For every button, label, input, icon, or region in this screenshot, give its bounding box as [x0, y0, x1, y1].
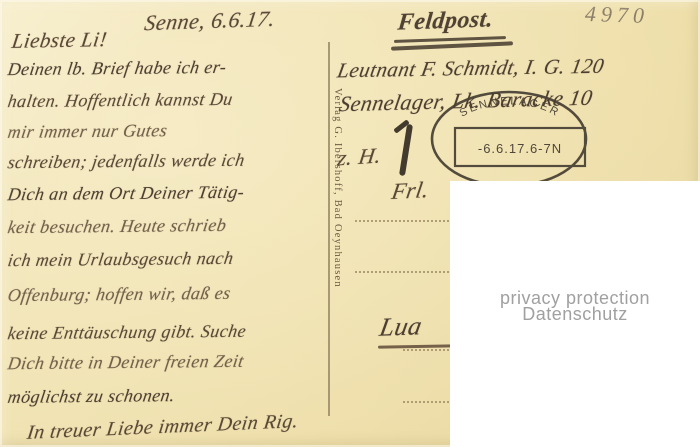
pencil-mark-stroke — [399, 124, 413, 176]
message-line: Offenburg; hoffen wir, daß es — [6, 283, 232, 306]
message-line: Deinen lb. Brief habe ich er- — [6, 57, 228, 80]
message-line: ich mein Urlaubsgesuch nach — [6, 248, 235, 271]
publisher-imprint: Verlag G. Ibershoff, Bad Oeynhausen — [332, 88, 343, 356]
greeting: Liebste Li! — [10, 27, 109, 54]
addressee-partial: Frl. — [390, 177, 431, 205]
address-attn: z. H. — [336, 143, 383, 172]
center-divider-line — [328, 42, 330, 416]
message-line: Dich an dem Ort Deiner Tätig- — [6, 182, 246, 205]
dateline: Senne, 6.6.17. — [143, 6, 277, 37]
hidden-word-partial: Lua — [377, 311, 424, 342]
feldpost-underline-2 — [391, 41, 513, 50]
message-line: halten. Hoffentlich kannst Du — [6, 89, 234, 112]
signature-line: In treuer Liebe immer Dein Rig. — [26, 410, 300, 445]
message-line: möglichst zu schonen. — [6, 385, 176, 408]
privacy-overlay: privacy protection Datenschutz — [450, 181, 700, 447]
message-line: keine Enttäuschung gibt. Suche — [6, 321, 247, 344]
feldpost-label: Feldpost. — [396, 6, 494, 36]
privacy-overlay-text-de: Datenschutz — [450, 306, 700, 322]
postcard-scan: Verlag G. Ibershoff, Bad Oeynhausen SENN… — [0, 0, 700, 447]
pencil-check-mark — [395, 120, 415, 178]
message-line: keit besuchen. Heute schrieb — [6, 215, 228, 238]
catalog-number: 4970 — [585, 1, 650, 29]
message-line: Dich bitte in Deiner freien Zeit — [6, 351, 245, 374]
message-line: mir immer nur Gutes — [6, 120, 168, 143]
postmark-datestamp: -6.6.17.6-7N — [478, 141, 562, 156]
handwriting-flourish-underline — [378, 344, 454, 348]
message-line: schreiben; jedenfalls werde ich — [6, 150, 246, 173]
address-line-1: Leutnant F. Schmidt, I. G. 120 — [335, 54, 606, 84]
